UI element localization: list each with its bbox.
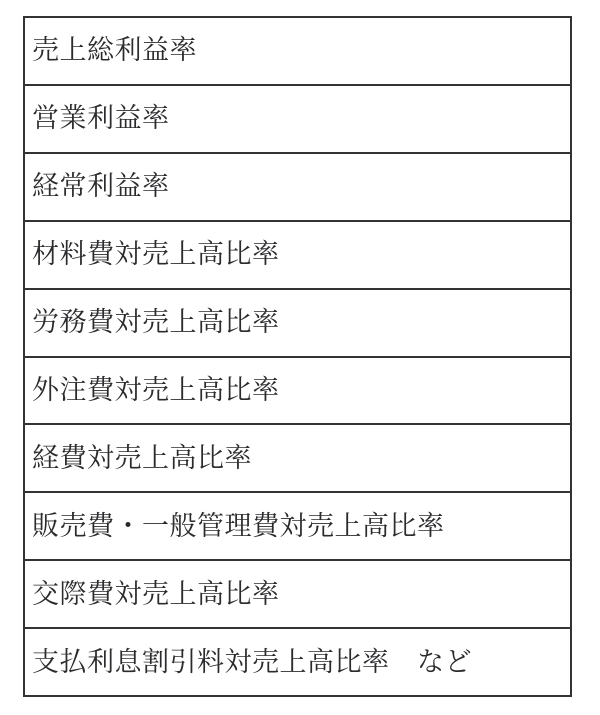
row-label: 労務費対売上高比率 xyxy=(32,309,280,336)
row-label: 販売費・一般管理費対売上高比率 xyxy=(32,513,445,540)
table-row: 経費対売上高比率 xyxy=(25,425,570,493)
row-label: 支払利息割引料対売上高比率 など xyxy=(32,649,472,676)
row-label: 外注費対売上高比率 xyxy=(32,377,280,404)
row-label: 材料費対売上高比率 xyxy=(32,241,280,268)
table-row: 労務費対売上高比率 xyxy=(25,290,570,358)
table-row: 支払利息割引料対売上高比率 など xyxy=(25,629,570,695)
row-label: 経費対売上高比率 xyxy=(32,445,252,472)
row-label: 交際費対売上高比率 xyxy=(32,581,280,608)
table-row: 交際費対売上高比率 xyxy=(25,561,570,629)
table-row: 売上総利益率 xyxy=(25,18,570,86)
row-label: 経常利益率 xyxy=(32,173,170,200)
table-row: 営業利益率 xyxy=(25,86,570,154)
row-label: 営業利益率 xyxy=(32,105,170,132)
table-row: 外注費対売上高比率 xyxy=(25,358,570,426)
ratio-table: 売上総利益率 営業利益率 経常利益率 材料費対売上高比率 労務費対売上高比率 外… xyxy=(23,16,572,697)
row-label: 売上総利益率 xyxy=(32,37,197,64)
table-row: 販売費・一般管理費対売上高比率 xyxy=(25,493,570,561)
table-row: 経常利益率 xyxy=(25,154,570,222)
table-row: 材料費対売上高比率 xyxy=(25,222,570,290)
